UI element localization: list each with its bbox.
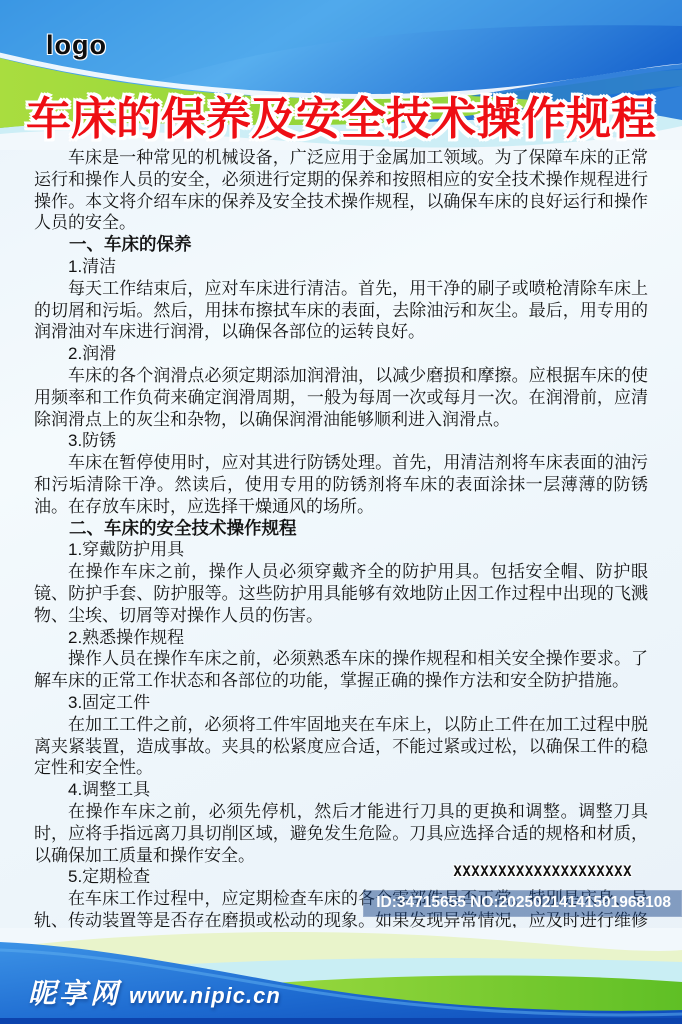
image-id-bar: ID:34715655 NO:20250214141501968108 bbox=[363, 890, 682, 917]
section-1-item-3-subtitle: 3.防锈 bbox=[34, 430, 648, 452]
section-1-item-1-subtitle: 1.清洁 bbox=[34, 256, 648, 278]
section-2-item-1-text: 在操作车床之前，操作人员必须穿戴齐全的防护用具。包括安全帽、防护眼镜、防护手套、… bbox=[34, 561, 648, 626]
intro-paragraph: 车床是一种常见的机械设备，广泛应用于金属加工领域。为了保障车床的正常运行和操作人… bbox=[34, 147, 648, 234]
section-1-item-1-text: 每天工作结束后，应对车床进行清洁。首先，用干净的刷子或喷枪清除车床上的切屑和污垢… bbox=[34, 278, 648, 343]
section-1-item-3-text: 车床在暂停使用时，应对其进行防锈处理。首先，用清洁剂将车床表面的油污和污垢清除干… bbox=[34, 452, 648, 517]
section-2-item-3-subtitle: 3.固定工件 bbox=[34, 692, 648, 714]
section-1-heading: 一、车床的保养 bbox=[34, 234, 648, 256]
footer-banner: XXXXXXXXXXXXXXXXXXXX ID:34715655 NO:2025… bbox=[0, 928, 682, 1024]
site-logo: 昵享网www.nipic.cn bbox=[28, 972, 281, 1012]
section-2-item-4-text: 在操作车床之前，必须先停机，然后才能进行刀具的更换和调整。调整刀具时，应将手指远… bbox=[34, 801, 648, 866]
header-banner: logo 车床的保养及安全技术操作规程 bbox=[0, 0, 682, 150]
section-2-item-2-text: 操作人员在操作车床之前，必须熟悉车床的操作规程和相关安全操作要求。了解车床的正常… bbox=[34, 648, 648, 692]
section-2-heading: 二、车床的安全技术操作规程 bbox=[34, 518, 648, 540]
site-name: 昵享网 bbox=[28, 978, 121, 1009]
site-url: www.nipic.cn bbox=[129, 983, 281, 1008]
section-1-item-2-subtitle: 2.润滑 bbox=[34, 343, 648, 365]
document-body: 车床是一种常见的机械设备，广泛应用于金属加工领域。为了保障车床的正常运行和操作人… bbox=[34, 147, 648, 953]
section-2-item-2-subtitle: 2.熟悉操作规程 bbox=[34, 627, 648, 649]
poster: logo 车床的保养及安全技术操作规程 车床是一种常见的机械设备，广泛应用于金属… bbox=[0, 0, 682, 1024]
section-1-item-2-text: 车床的各个润滑点必须定期添加润滑油，以减少磨损和摩擦。应根据车床的使用频率和工作… bbox=[34, 365, 648, 430]
x-watermark: XXXXXXXXXXXXXXXXXXXX bbox=[453, 864, 632, 880]
section-2-item-3-text: 在加工工件之前，必须将工件牢固地夹在车床上，以防止工件在加工过程中脱离夹紧装置，… bbox=[34, 714, 648, 779]
section-2-item-1-subtitle: 1.穿戴防护用具 bbox=[34, 539, 648, 561]
section-2-item-4-subtitle: 4.调整工具 bbox=[34, 779, 648, 801]
page-title: 车床的保养及安全技术操作规程 bbox=[0, 82, 682, 147]
logo-text: logo bbox=[46, 30, 107, 61]
